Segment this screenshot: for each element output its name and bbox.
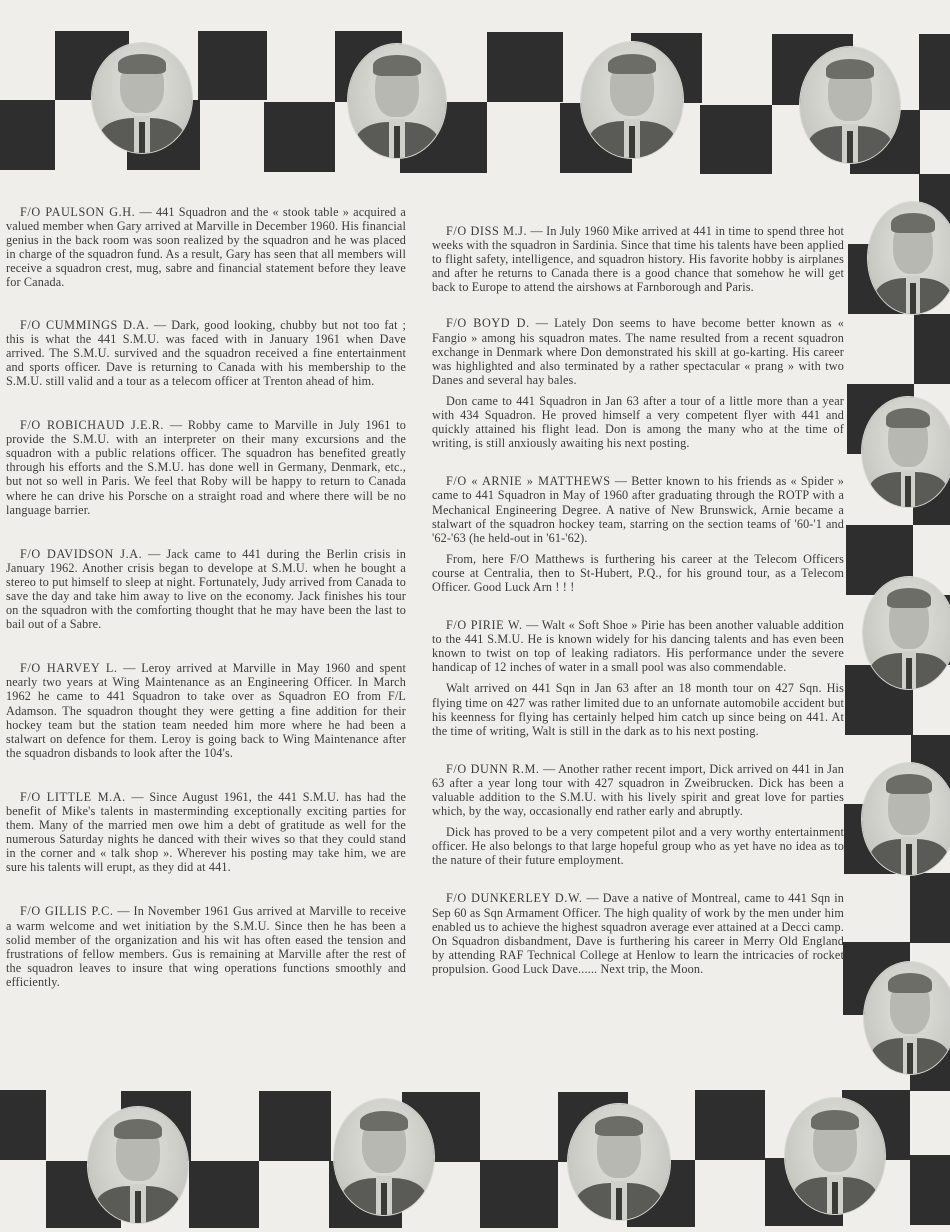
portrait-photo [568, 1104, 670, 1220]
bio-text: — Leroy arrived at Marville in May 1960 … [6, 661, 406, 760]
left-text-column: F/O PAULSON G.H. — 441 Squadron and the … [6, 205, 406, 989]
checker-square [919, 34, 950, 110]
bio-name: F/O DUNN R.M. [446, 762, 540, 776]
portrait-photo [581, 42, 683, 158]
bio-text: Walt arrived on 441 Sqn in Jan 63 after … [432, 681, 844, 737]
portrait-photo [868, 202, 950, 314]
bio-entry: F/O ROBICHAUD J.E.R. — Robby came to Mar… [6, 418, 406, 517]
portrait-photo [334, 1099, 434, 1215]
portrait-photo [92, 43, 192, 153]
bio-entry: F/O DAVIDSON J.A. — Jack came to 441 dur… [6, 547, 406, 632]
checker-square [0, 1090, 46, 1160]
bio-entry: F/O BOYD D. — Lately Don seems to have b… [432, 316, 844, 450]
portrait-photo [864, 962, 950, 1074]
portrait-photo [88, 1107, 188, 1223]
bio-name: F/O DAVIDSON J.A. [20, 547, 142, 561]
checker-square [264, 102, 335, 172]
bio-name: F/O « ARNIE » MATTHEWS [446, 474, 611, 488]
portrait-photo [863, 577, 950, 689]
bio-entry: F/O CUMMINGS D.A. — Dark, good looking, … [6, 318, 406, 388]
bio-name: F/O HARVEY L. [20, 661, 118, 675]
checker-square [910, 1155, 950, 1225]
bio-entry: F/O « ARNIE » MATTHEWS — Better known to… [432, 474, 844, 594]
checker-square [910, 873, 950, 943]
bio-name: F/O DUNKERLEY D.W. [446, 891, 583, 905]
bio-name: F/O GILLIS P.C. [20, 904, 114, 918]
bio-name: F/O PIRIE W. [446, 618, 523, 632]
bio-entry: F/O LITTLE M.A. — Since August 1961, the… [6, 790, 406, 875]
checker-square [700, 105, 772, 174]
bio-text: — Robby came to Marville in July 1961 to… [6, 418, 406, 517]
portrait-photo [800, 47, 900, 163]
portrait-photo [862, 397, 950, 507]
checker-square [189, 1161, 259, 1228]
bio-text: Don came to 441 Squadron in Jan 63 after… [432, 394, 844, 450]
checker-square [0, 100, 55, 170]
bio-name: F/O PAULSON G.H. [20, 205, 135, 219]
bio-entry: F/O DUNN R.M. — Another rather recent im… [432, 762, 844, 868]
bio-name: F/O LITTLE M.A. [20, 790, 126, 804]
checker-square [695, 1090, 765, 1160]
bio-name: F/O DISS M.J. [446, 224, 527, 238]
bio-text: From, here F/O Matthews is furthering hi… [432, 552, 844, 594]
checker-square [914, 314, 950, 384]
portrait-photo [348, 44, 446, 158]
checker-square [259, 1091, 331, 1161]
bio-text: Dick has proved to be a very competent p… [432, 825, 844, 867]
bio-name: F/O ROBICHAUD J.E.R. [20, 418, 164, 432]
checker-square [487, 32, 563, 102]
bio-entry: F/O GILLIS P.C. — In November 1961 Gus a… [6, 904, 406, 989]
bio-entry: F/O HARVEY L. — Leroy arrived at Marvill… [6, 661, 406, 760]
bio-name: F/O CUMMINGS D.A. [20, 318, 149, 332]
right-text-column: F/O DISS M.J. — In July 1960 Mike arrive… [432, 224, 844, 976]
bio-entry: F/O PIRIE W. — Walt « Soft Shoe » Pirie … [432, 618, 844, 738]
bio-entry: F/O PAULSON G.H. — 441 Squadron and the … [6, 205, 406, 290]
bio-entry: F/O DUNKERLEY D.W. — Dave a native of Mo… [432, 891, 844, 976]
bio-name: F/O BOYD D. [446, 316, 530, 330]
checker-square [480, 1160, 558, 1228]
portrait-photo [785, 1098, 885, 1214]
portrait-photo [862, 763, 950, 875]
checker-square [198, 31, 267, 100]
bio-entry: F/O DISS M.J. — In July 1960 Mike arrive… [432, 224, 844, 294]
